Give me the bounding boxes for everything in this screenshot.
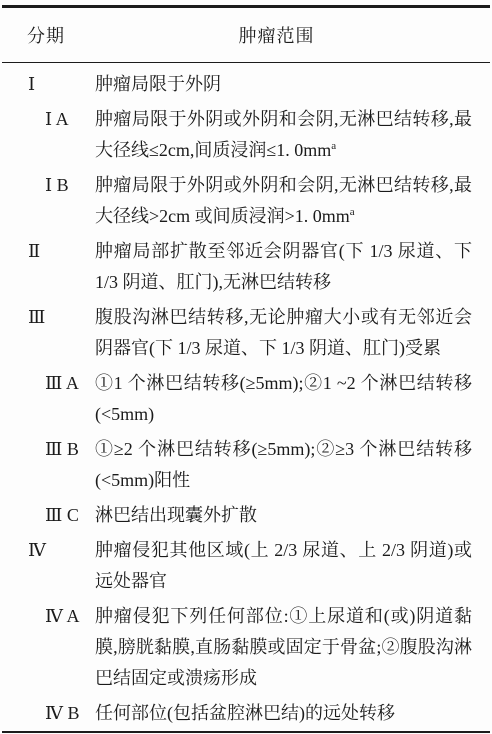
description-text: ①≥2 个淋巴结转移(≥5mm);②≥3 个淋巴结转移(<5mm)阳性: [95, 439, 472, 490]
table-row: Ⅰ肿瘤局限于外阴: [0, 69, 492, 100]
table-row: Ⅳ A肿瘤侵犯下列任何部位:①上尿道和(或)阴道黏膜,膀胱黏膜,直肠黏膜或固定于…: [0, 601, 492, 694]
stage-cell: Ⅳ A: [0, 601, 95, 694]
tumor-scope-cell: ①≥2 个淋巴结转移(≥5mm);②≥3 个淋巴结转移(<5mm)阳性: [95, 434, 492, 496]
stage-cell: Ⅰ B: [0, 170, 95, 232]
tumor-scope-cell: 肿瘤侵犯下列任何部位:①上尿道和(或)阴道黏膜,膀胱黏膜,直肠黏膜或固定于骨盆;…: [95, 601, 492, 694]
tumor-scope-cell: 肿瘤局限于外阴或外阴和会阴,无淋巴结转移,最大径线>2cm 或间质浸润>1. 0…: [95, 170, 492, 232]
stage-cell: Ⅲ A: [0, 368, 95, 430]
stage-cell: Ⅳ: [0, 535, 95, 597]
tumor-scope-column-header: 肿瘤范围: [95, 22, 492, 48]
tumor-scope-cell: 肿瘤局部扩散至邻近会阴器官(下 1/3 尿道、下 1/3 阴道、肛门),无淋巴结…: [95, 236, 492, 298]
description-text: 肿瘤局限于外阴: [95, 74, 221, 94]
description-text: 腹股沟淋巴结转移,无论肿瘤大小或有无邻近会阴器官(下 1/3 尿道、下 1/3 …: [95, 307, 472, 358]
description-text: 任何部位(包括盆腔淋巴结)的远处转移: [95, 703, 395, 723]
table-header-row: 分期 肿瘤范围: [0, 8, 492, 62]
stage-cell: Ⅲ: [0, 302, 95, 364]
table-row: Ⅲ A①1 个淋巴结转移(≥5mm);②1 ~2 个淋巴结转移(<5mm): [0, 368, 492, 430]
table-row: Ⅲ B①≥2 个淋巴结转移(≥5mm);②≥3 个淋巴结转移(<5mm)阳性: [0, 434, 492, 496]
table-row: Ⅰ A肿瘤局限于外阴或外阴和会阴,无淋巴结转移,最大径线≤2cm,间质浸润≤1.…: [0, 104, 492, 166]
stage-cell: Ⅰ A: [0, 104, 95, 166]
description-text: 肿瘤局限于外阴或外阴和会阴,无淋巴结转移,最大径线>2cm 或间质浸润>1. 0…: [95, 175, 472, 226]
stage-cell: Ⅳ B: [0, 698, 95, 729]
description-text: 肿瘤侵犯下列任何部位:①上尿道和(或)阴道黏膜,膀胱黏膜,直肠黏膜或固定于骨盆;…: [95, 606, 472, 688]
tumor-scope-cell: 腹股沟淋巴结转移,无论肿瘤大小或有无邻近会阴器官(下 1/3 尿道、下 1/3 …: [95, 302, 492, 364]
description-text: ①1 个淋巴结转移(≥5mm);②1 ~2 个淋巴结转移(<5mm): [95, 373, 472, 424]
description-text: 淋巴结出现囊外扩散: [95, 505, 257, 525]
tumor-scope-cell: ①1 个淋巴结转移(≥5mm);②1 ~2 个淋巴结转移(<5mm): [95, 368, 492, 430]
staging-table-page: 分期 肿瘤范围 Ⅰ肿瘤局限于外阴Ⅰ A肿瘤局限于外阴或外阴和会阴,无淋巴结转移,…: [0, 0, 492, 734]
stage-column-header: 分期: [0, 22, 95, 48]
table-row: Ⅱ肿瘤局部扩散至邻近会阴器官(下 1/3 尿道、下 1/3 阴道、肛门),无淋巴…: [0, 236, 492, 298]
table-row: Ⅳ B任何部位(包括盆腔淋巴结)的远处转移: [0, 698, 492, 729]
description-text: 肿瘤局部扩散至邻近会阴器官(下 1/3 尿道、下 1/3 阴道、肛门),无淋巴结…: [95, 241, 472, 292]
footnote-marker: a: [350, 206, 355, 218]
table-bottom-rule: [2, 731, 490, 733]
tumor-scope-cell: 淋巴结出现囊外扩散: [95, 500, 492, 531]
table-row: Ⅲ腹股沟淋巴结转移,无论肿瘤大小或有无邻近会阴器官(下 1/3 尿道、下 1/3…: [0, 302, 492, 364]
tumor-scope-cell: 肿瘤局限于外阴或外阴和会阴,无淋巴结转移,最大径线≤2cm,间质浸润≤1. 0m…: [95, 104, 492, 166]
stage-cell: Ⅲ C: [0, 500, 95, 531]
tumor-scope-cell: 肿瘤局限于外阴: [95, 69, 492, 100]
table-body: Ⅰ肿瘤局限于外阴Ⅰ A肿瘤局限于外阴或外阴和会阴,无淋巴结转移,最大径线≤2cm…: [0, 63, 492, 731]
tumor-scope-cell: 肿瘤侵犯其他区域(上 2/3 尿道、上 2/3 阴道)或远处器官: [95, 535, 492, 597]
stage-cell: Ⅲ B: [0, 434, 95, 496]
description-text: 肿瘤局限于外阴或外阴和会阴,无淋巴结转移,最大径线≤2cm,间质浸润≤1. 0m…: [95, 109, 472, 160]
table-row: Ⅰ B肿瘤局限于外阴或外阴和会阴,无淋巴结转移,最大径线>2cm 或间质浸润>1…: [0, 170, 492, 232]
description-text: 肿瘤侵犯其他区域(上 2/3 尿道、上 2/3 阴道)或远处器官: [95, 540, 472, 591]
table-row: Ⅳ肿瘤侵犯其他区域(上 2/3 尿道、上 2/3 阴道)或远处器官: [0, 535, 492, 597]
stage-cell: Ⅰ: [0, 69, 95, 100]
table-row: Ⅲ C淋巴结出现囊外扩散: [0, 500, 492, 531]
footnote-marker: a: [331, 140, 336, 152]
tumor-scope-cell: 任何部位(包括盆腔淋巴结)的远处转移: [95, 698, 492, 729]
stage-cell: Ⅱ: [0, 236, 95, 298]
